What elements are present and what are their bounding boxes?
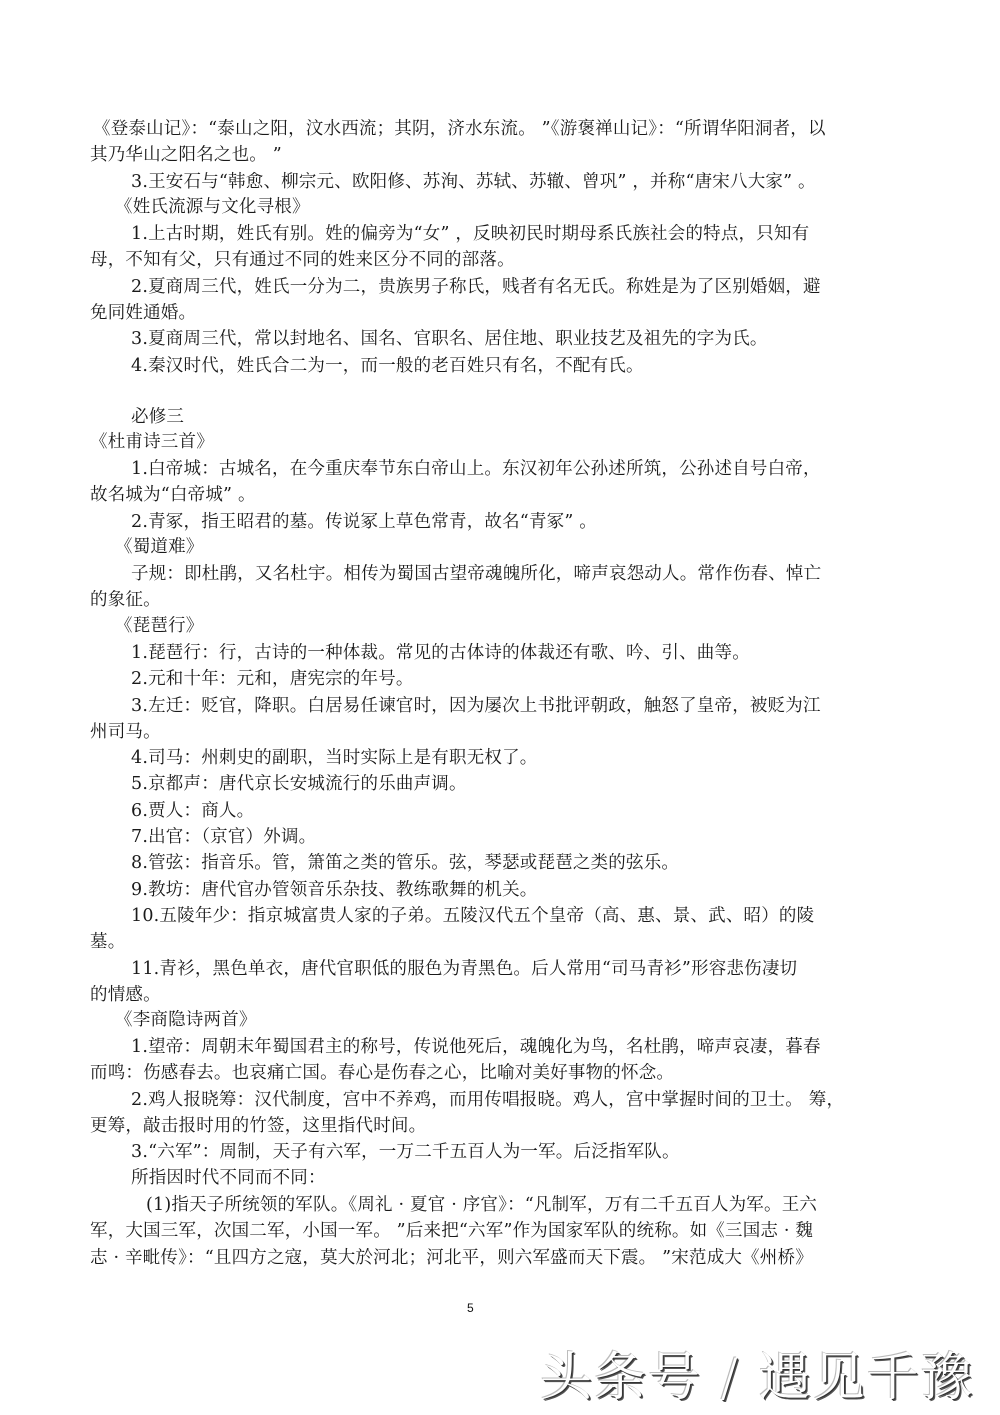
text-line: 2.元和十年：元和，唐宪宗的年号。 <box>131 668 414 690</box>
text-line: 而鸣：伤感春去。也哀痛亡国。春心是伤春之心，比喻对美好事物的怀念。 <box>90 1062 674 1084</box>
text-line: 其乃华山之阳名之也。 ” <box>90 144 282 166</box>
text-line: 7.出官：（京官）外调。 <box>131 826 316 848</box>
text-line: 更筹，敲击报时用的竹签，这里指代时间。 <box>90 1115 426 1137</box>
text-line: 3.夏商周三代，常以封地名、国名、官职名、居住地、职业技艺及祖先的字为氏。 <box>131 328 768 350</box>
text-line: 3.左迁：贬官，降职。白居易任谏官时，因为屡次上书批评朝政，触怒了皇帝，被贬为江 <box>131 695 821 717</box>
text-line: 《李商隐诗两首》 <box>115 1009 257 1031</box>
text-line: 10.五陵年少：指京城富贵人家的子弟。五陵汉代五个皇帝（高、惠、景、武、昭）的陵 <box>131 905 814 927</box>
text-line: 3.王安石与“韩愈、柳宗元、欧阳修、苏洵、苏轼、苏辙、曾巩” ，并称“唐宋八大家… <box>131 171 816 193</box>
text-line: 11.青衫，黑色单衣，唐代官职低的服色为青黑色。后人常用“司马青衫”形容悲伤凄切 <box>131 958 797 980</box>
text-line: 《琵琶行》 <box>115 615 204 637</box>
text-line: 《杜甫诗三首》 <box>90 431 214 453</box>
text-line: 母，不知有父，只有通过不同的姓来区分不同的部落。 <box>90 249 515 271</box>
text-line: 1.上古时期，姓氏有别。姓的偏旁为“女” ，反映初民时期母系氏族社会的特点，只知… <box>131 223 809 245</box>
text-line: 1.琵琶行：行，古诗的一种体裁。常见的古体诗的体裁还有歌、吟、引、曲等。 <box>131 642 750 664</box>
text-line: 2.青冢，指王昭君的墓。传说冢上草色常青，故名“青冢” 。 <box>131 511 597 533</box>
page-number: 5 <box>467 1301 474 1315</box>
text-line: 4.秦汉时代，姓氏合二为一，而一般的老百姓只有名，不配有氏。 <box>131 355 644 377</box>
text-line: 5.京都声：唐代京长安城流行的乐曲声调。 <box>131 773 467 795</box>
text-line: (1)指天子所统领的军队。《周礼 · 夏官 · 序官》：“凡制军，万有二千五百人… <box>146 1194 817 1216</box>
document-page: 《登泰山记》：“泰山之阳，汶水西流；其阴，济水东流。 ”《游褒禅山记》：“所谓华… <box>0 0 1000 1415</box>
watermark: 头条号 / 遇见千豫 <box>540 1335 975 1410</box>
text-line: 必修三 <box>131 406 184 428</box>
text-line: 4.司马：州刺史的副职，当时实际上是有职无权了。 <box>131 747 538 769</box>
text-line: 墓。 <box>90 931 125 953</box>
text-line: 2.夏商周三代，姓氏一分为二，贵族男子称氏，贱者有名无氏。称姓是为了区别婚姻，避 <box>131 276 821 298</box>
text-line: 故名城为“白帝城” 。 <box>90 484 256 506</box>
text-line: 3.“六军”：周制，天子有六军，一万二千五百人为一军。后泛指军队。 <box>131 1141 680 1163</box>
text-line: 《姓氏流源与文化寻根》 <box>115 196 310 218</box>
text-line: 的情感。 <box>90 984 161 1006</box>
text-line: 州司马。 <box>90 721 161 743</box>
text-line: 1.白帝城：古城名，在今重庆奉节东白帝山上。东汉初年公孙述所筑，公孙述自号白帝， <box>131 458 821 480</box>
text-line: 6.贾人：商人。 <box>131 800 254 822</box>
text-line: 的象征。 <box>90 589 161 611</box>
text-line: 2.鸡人报晓筹：汉代制度，宫中不养鸡，而用传唱报晓。鸡人，宫中掌握时间的卫士。 … <box>131 1089 844 1111</box>
text-line: 军，大国三军，次国二军，小国一军。 ”后来把“六军”作为国家军队的统称。如《三国… <box>90 1220 813 1242</box>
text-line: 免同姓通婚。 <box>90 302 196 324</box>
text-line: 《登泰山记》：“泰山之阳，汶水西流；其阴，济水东流。 ”《游褒禅山记》：“所谓华… <box>93 118 826 140</box>
text-line: 《蜀道难》 <box>115 536 204 558</box>
text-line: 8.管弦：指音乐。管，箫笛之类的管乐。弦，琴瑟或琵琶之类的弦乐。 <box>131 852 679 874</box>
text-line: 子规：即杜鹃，又名杜宇。相传为蜀国古望帝魂魄所化，啼声哀怨动人。常作伤春、悼亡 <box>131 563 821 585</box>
text-line: 志 · 辛毗传》：“且四方之寇，莫大於河北；河北平，则六军盛而天下震。 ”宋范成… <box>90 1247 813 1269</box>
text-line: 1.望帝：周朝末年蜀国君主的称号，传说他死后，魂魄化为鸟，名杜鹃，啼声哀凄，暮春 <box>131 1036 821 1058</box>
text-line: 9.教坊：唐代官办管领音乐杂技、教练歌舞的机关。 <box>131 879 538 901</box>
text-line: 所指因时代不同而不同： <box>131 1167 326 1189</box>
